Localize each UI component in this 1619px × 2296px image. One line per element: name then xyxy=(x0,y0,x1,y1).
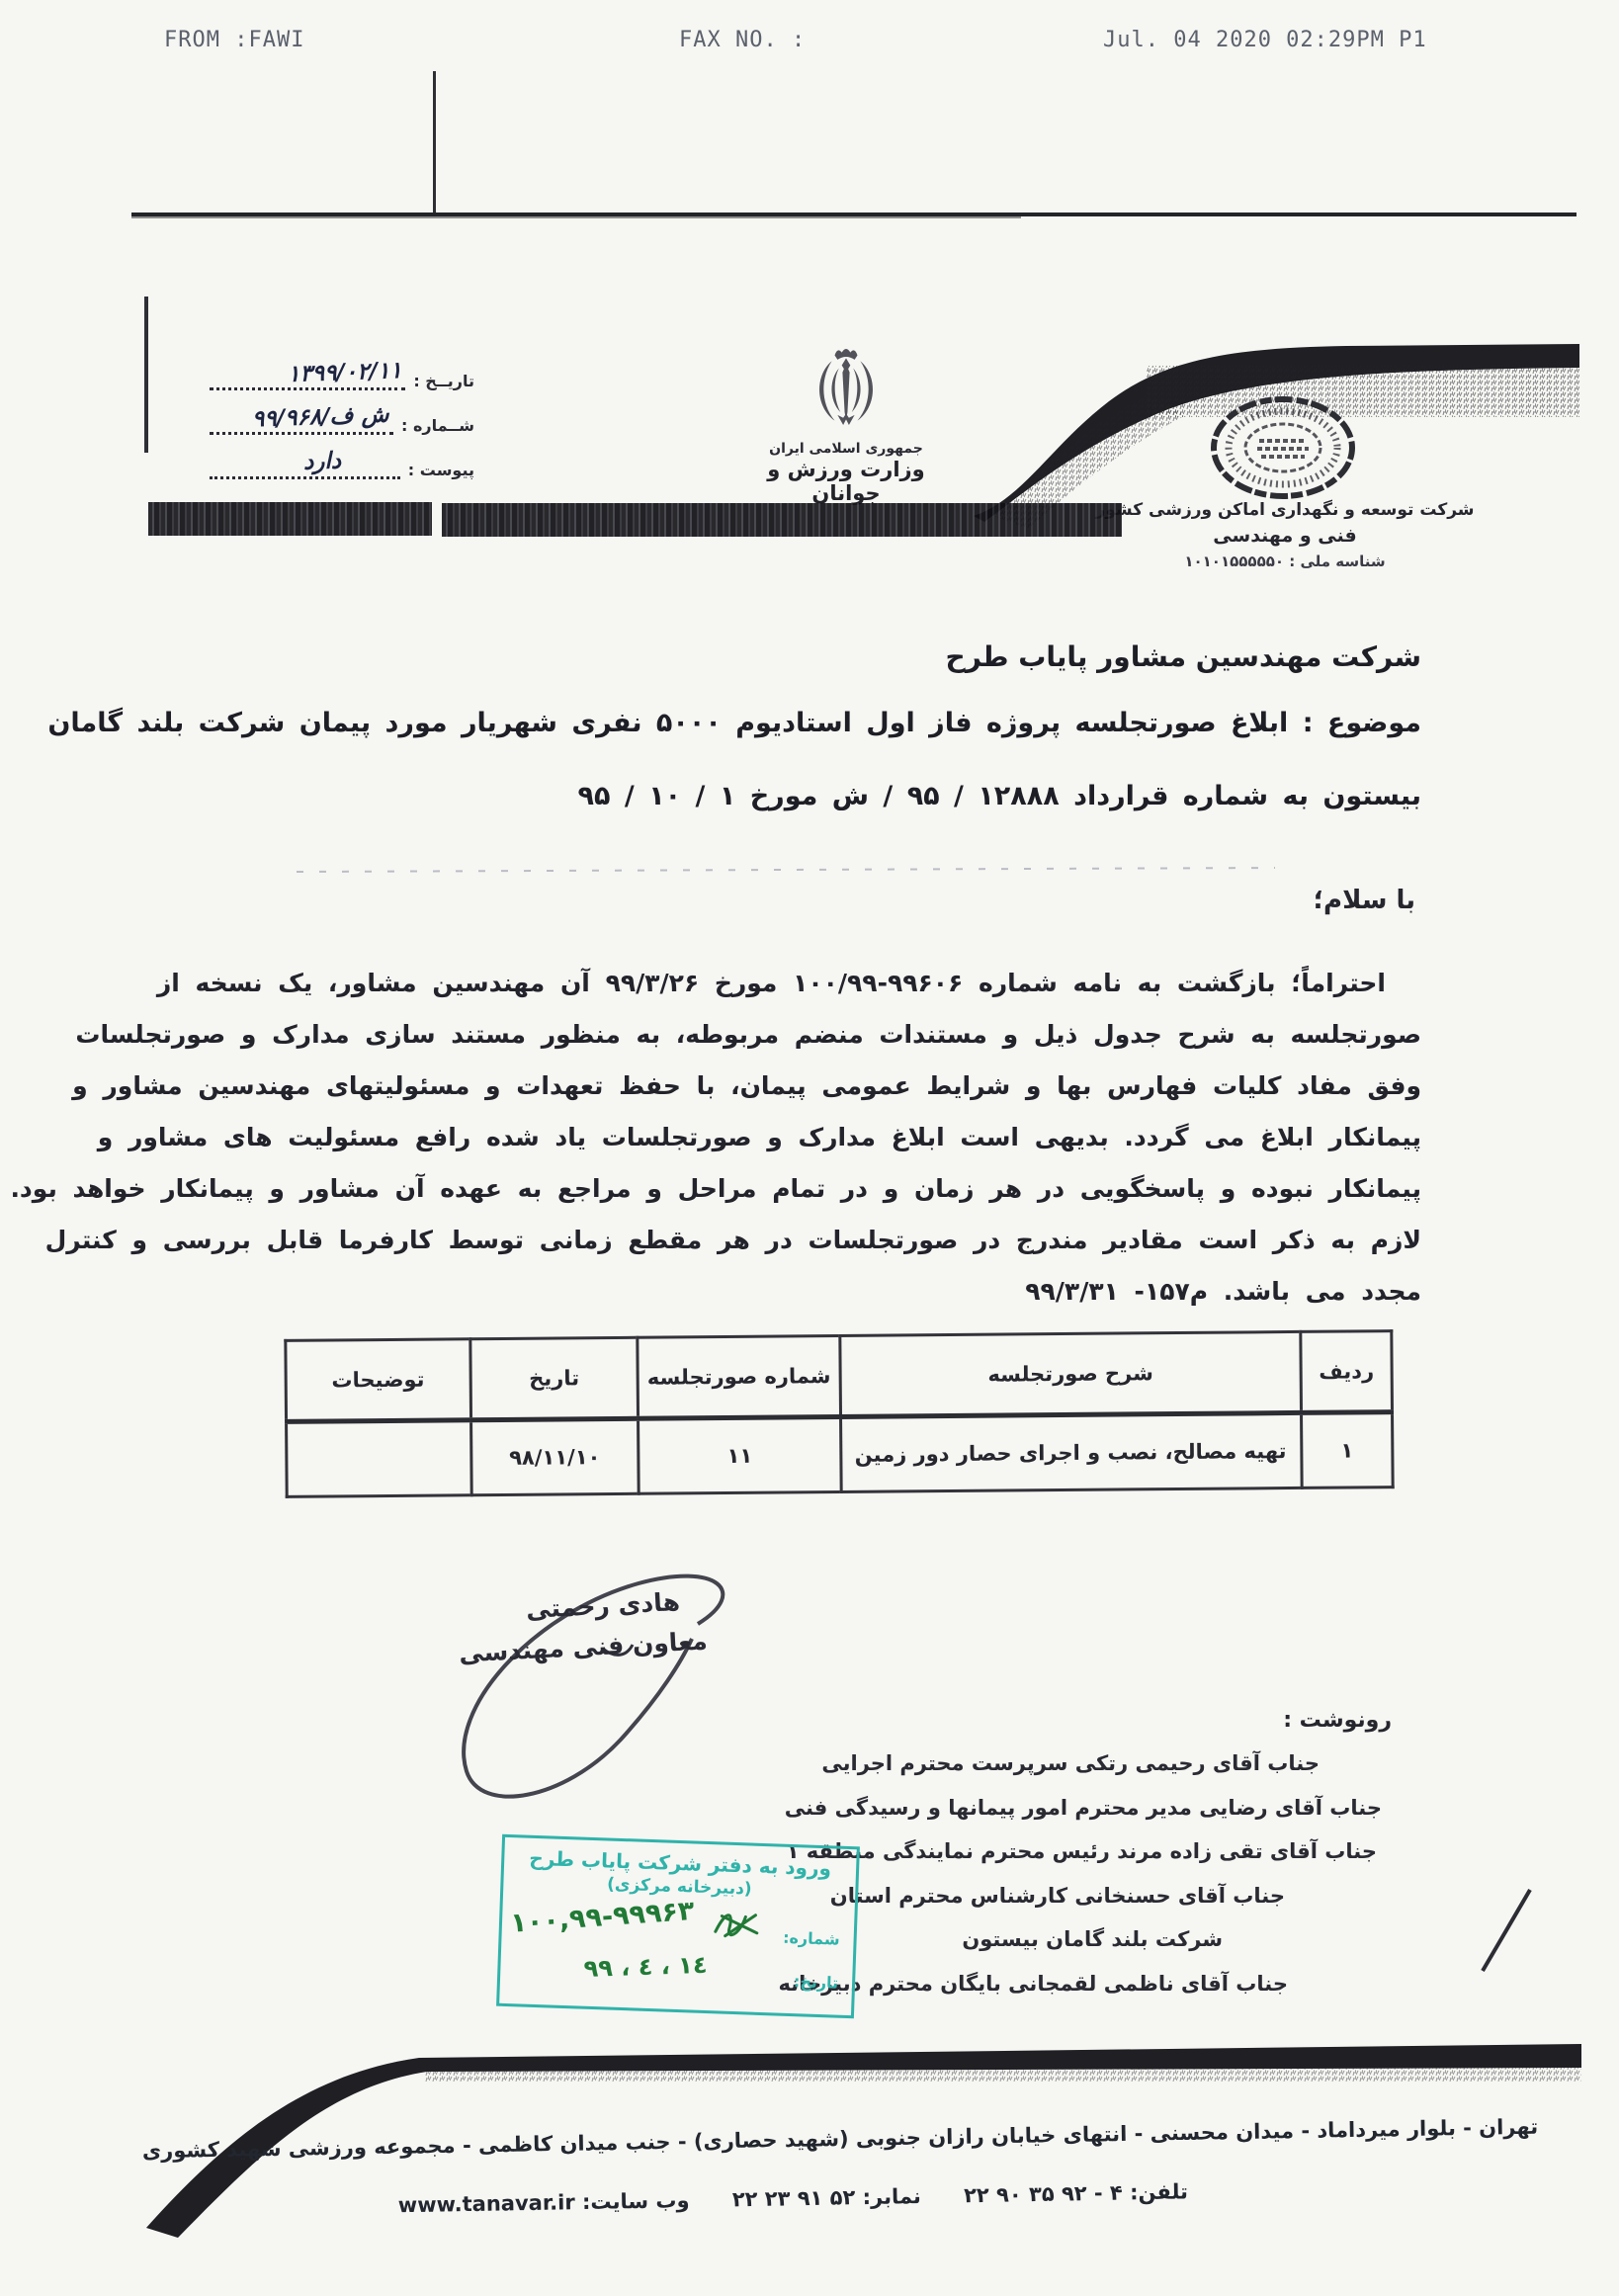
faint-dotted-rule xyxy=(297,868,1275,872)
company-line2: فنی و مهندسی xyxy=(1087,525,1483,547)
col-header-date: تاریخ xyxy=(469,1337,638,1419)
body-line-6: لازم به ذکر است مقادیر مندرج در صورتجلسا… xyxy=(45,1226,1421,1254)
recipient-line: شرکت مهندسین مشاور پایاب طرح xyxy=(946,640,1421,673)
cc-item-1: جناب آقای رحیمی رتکی سرپرست محترم اجرایی xyxy=(821,1751,1320,1775)
company-national-id: شناسه ملی : ۱۰۱۰۱۵۵۵۵۵۰ xyxy=(1087,553,1483,570)
stamp-date-label: تاریخ: xyxy=(794,1972,839,1993)
cc-item-5: شرکت بلند گامان بیستون xyxy=(962,1927,1223,1951)
attachment-dotted-line: دارد xyxy=(210,443,400,479)
letterhead-top-rule-shadow xyxy=(131,216,1021,218)
attachment-field-row: پیوست : دارد xyxy=(210,435,474,479)
stamp-green-scribble xyxy=(711,1902,771,1943)
body-line-5: پیمانکار نبوده و پاسخگویی در هر زمان و د… xyxy=(10,1174,1421,1203)
cc-label: رونوشت : xyxy=(1283,1708,1392,1733)
stamp-number-label: شماره: xyxy=(783,1928,840,1949)
subject-line-2: بیستون به شماره قرارداد ۱۲۸۸۸ / ۹۵ / ش م… xyxy=(578,781,1421,811)
ministry-name: وزارت ورزش و جوانان xyxy=(733,458,959,505)
iran-emblem-icon xyxy=(803,344,890,435)
cell-notes xyxy=(287,1420,471,1497)
attachment-handwritten-value: دارد xyxy=(302,448,341,474)
attachment-label: پیوست : xyxy=(408,461,474,479)
date-handwritten-value: ۱۳۹۹/۰۲/۱۱ xyxy=(287,358,401,387)
col-header-notes: توضیحات xyxy=(286,1339,470,1422)
cell-row-number: ۱ xyxy=(1302,1412,1394,1488)
number-label: شــماره : xyxy=(401,416,474,435)
date-label: تاریــخ : xyxy=(413,372,474,390)
republic-of-iran-text: جمهوری اسلامی ایران xyxy=(733,441,959,457)
cell-minutes-number: ۱۱ xyxy=(639,1416,841,1493)
body-line-1: احتراماً؛ بازگشت به نامه شماره ۹۹۶۰۶-۱۰۰… xyxy=(157,969,1386,997)
salutation: با سلام؛ xyxy=(1314,886,1415,915)
col-header-row-number: ردیف xyxy=(1301,1331,1393,1413)
footer-fax: نمابر: ۵۲ ۹۱ ۲۳ ۲۲ xyxy=(732,2184,921,2211)
company-line1: شرکت توسعه و نگهداری اماکن ورزشی کشور xyxy=(1087,500,1483,520)
table-row: ۱ تهیه مصالح، نصب و اجرای حصار دور زمین … xyxy=(287,1412,1394,1497)
body-line-4: پیمانکار ابلاغ می گردد. بدیهی است ابلاغ … xyxy=(98,1123,1421,1151)
letterhead-date-fields: تاریــخ : ۱۳۹۹/۰۲/۱۱ شــماره : ش ف/۹۹/۹۶… xyxy=(210,346,474,479)
cc-item-4: جناب آقای حسنخانی کارشناس محترم استان xyxy=(830,1884,1285,1908)
cc-item-3: جناب آقای تقی زاده مرند رئیس محترم نماین… xyxy=(787,1839,1377,1863)
stamp-date-handwritten: ۹۹ ، ٤ ، ۱٤ xyxy=(583,1951,708,1983)
table-header-row: ردیف شرح صورتجلسه شماره صورتجلسه تاریخ ت… xyxy=(286,1331,1393,1422)
footer-phone: تلفن: ۴ - ۹۲ ۳۵ ۹۰ ۲۲ xyxy=(964,2179,1188,2207)
number-handwritten-value: ش ف/۹۹/۹۶۸ xyxy=(252,402,389,433)
footer-website: وب سایت: www.tanavar.ir xyxy=(398,2188,690,2217)
scanned-fax-letter-page: FROM :FAWI FAX NO. : Jul. 04 2020 02:29P… xyxy=(0,0,1619,2296)
cc-item-2: جناب آقای رضایی مدیر محترم امور پیمانها … xyxy=(785,1796,1382,1820)
scan-vertical-line xyxy=(433,71,436,214)
number-field-row: شــماره : ش ف/۹۹/۹۶۸ xyxy=(210,390,474,435)
col-header-description: شرح صورتجلسه xyxy=(840,1331,1302,1416)
subject-line-1: موضوع : ابلاغ صورتجلسه پروژه فاز اول است… xyxy=(47,708,1421,738)
number-dotted-line: ش ف/۹۹/۹۶۸ xyxy=(210,398,393,435)
stamp-number-handwritten: ۱۰۰,۹۹-۹۹۹۶۳ xyxy=(509,1896,695,1939)
body-line-7: مجدد می باشد. م۱۵۷- ۹۹/۳/۳۱ xyxy=(1025,1277,1421,1306)
ministry-letterhead: جمهوری اسلامی ایران وزارت ورزش و جوانان xyxy=(733,344,959,505)
cell-date: ۹۸/۱۱/۱۰ xyxy=(470,1418,639,1494)
scan-smudge-band-left xyxy=(148,502,432,536)
date-field-row: تاریــخ : ۱۳۹۹/۰۲/۱۱ xyxy=(210,346,474,390)
scan-smudge-band-right xyxy=(442,503,1122,537)
left-margin-tick xyxy=(144,297,148,453)
col-header-minutes-number: شماره صورتجلسه xyxy=(638,1335,840,1418)
body-line-2: صورتجلسه به شرح جدول ذیل و مستندات منضم … xyxy=(75,1020,1421,1049)
secretariat-entry-stamp: ورود به دفتر شرکت پایاب طرح (دبیرخانه مر… xyxy=(496,1834,860,2019)
date-dotted-line: ۱۳۹۹/۰۲/۱۱ xyxy=(210,354,405,390)
body-line-3: وفق مفاد کلیات فهارس بها و شرایط عمومی پ… xyxy=(72,1071,1421,1100)
company-oval-logo xyxy=(1208,393,1358,502)
minutes-table: ردیف شرح صورتجلسه شماره صورتجلسه تاریخ ت… xyxy=(284,1329,1394,1498)
cell-description: تهیه مصالح، نصب و اجرای حصار دور زمین xyxy=(840,1412,1302,1491)
letterhead-top-rule xyxy=(131,213,1576,216)
bottom-swoosh-speckle xyxy=(425,2068,1581,2082)
company-name-block: شرکت توسعه و نگهداری اماکن ورزشی کشور فن… xyxy=(1087,500,1483,570)
cc-check-slash xyxy=(1483,1890,1530,1971)
